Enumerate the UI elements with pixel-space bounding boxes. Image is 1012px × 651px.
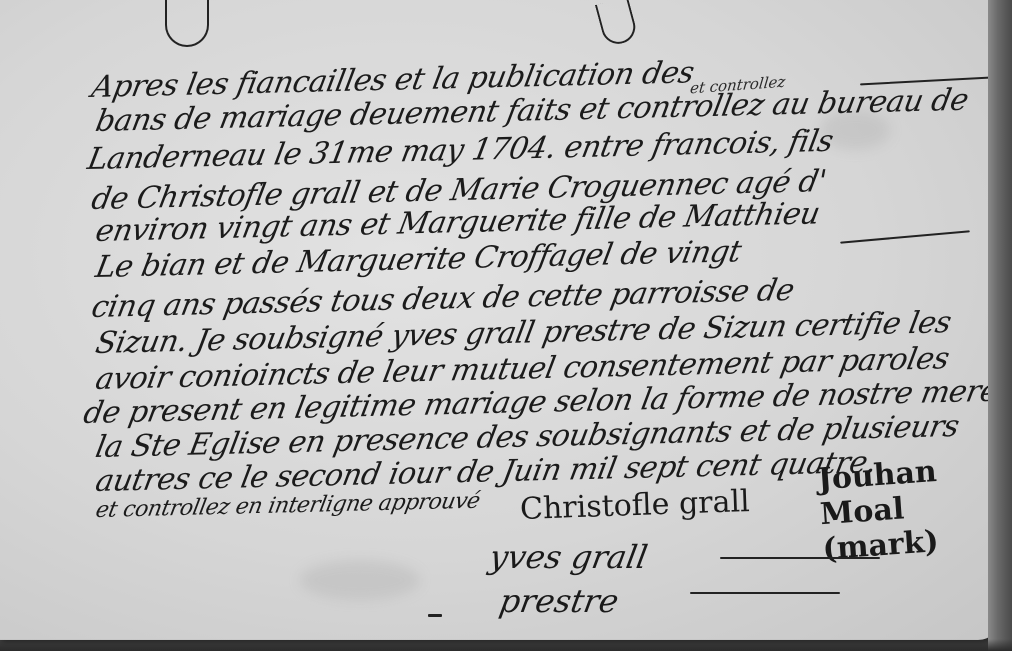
book-binding-edge [988, 0, 1012, 651]
paper-stain [300, 560, 420, 600]
signature-underline [690, 592, 840, 594]
previous-entry-flourish [165, 0, 209, 47]
signature-christofle-grall: Christofle grall [519, 484, 750, 527]
signature-officiant-name: yves grall [487, 538, 651, 576]
signature-officiant-title: prestre [497, 582, 622, 620]
previous-entry-flourish [595, 0, 639, 48]
margin-mark [428, 614, 442, 617]
line-filler-rule [840, 230, 970, 243]
signature-underline [720, 557, 880, 559]
page-edge-shadow [0, 639, 1012, 651]
manuscript-page: Apres les fiancailles et la publication … [0, 0, 1000, 640]
signature-mark-witness: Jouhan Moal (mark) [817, 450, 1004, 567]
